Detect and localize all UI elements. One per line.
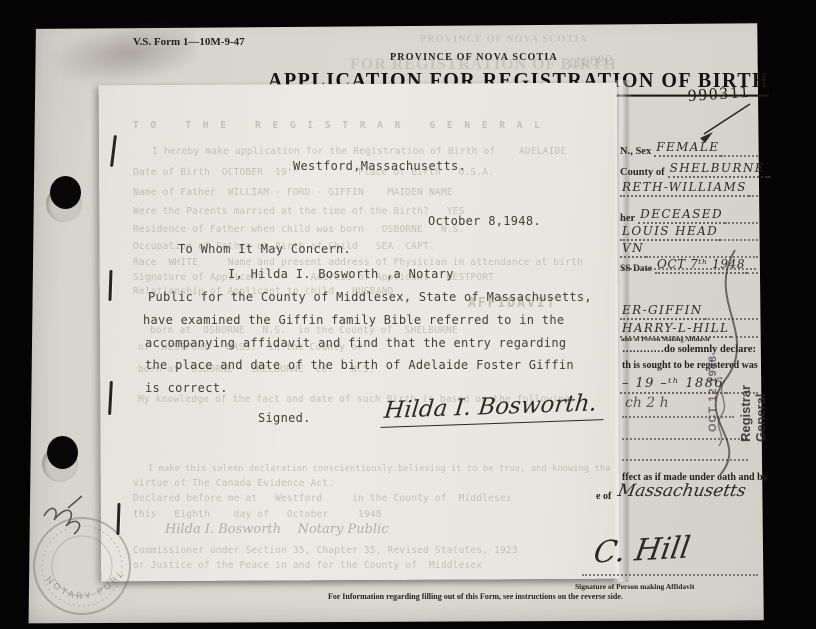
handwritten-fragment: ch 2 h [625, 395, 669, 411]
ghost-line: T O T H E R E G I S T R A R G E N E R A … [133, 120, 543, 131]
ghost-line: Commissioner under Section 35, Chapter 3… [133, 545, 518, 556]
field-deceased: her DECEASED [620, 207, 758, 224]
signature-label: Signature of Person making Affidavit [575, 582, 694, 591]
letter-place: Westford,Massachusetts. [293, 159, 466, 173]
ghost-line: Declared before me at Westford in the Co… [133, 493, 512, 504]
ghost-line: or Justice of the Peace in and for the C… [133, 560, 482, 571]
letter-body-line: the place and date of the birth of Adela… [145, 358, 574, 372]
letter-body-line: I, Hilda I. Bosworth ,a Notary [228, 267, 454, 281]
state-value: Massachusetts [616, 481, 747, 501]
form-number: V.S. Form 1—10M-9-47 [133, 36, 245, 48]
field-value: FEMALE [654, 140, 721, 157]
field-maiden-name: RETH-WILLIAMS [620, 180, 758, 197]
ghost-province: PROVINCE OF NOVA SCOTIA [420, 34, 588, 45]
pencil-scribble [38, 488, 108, 532]
letter-body-line: have examined the Giffin family Bible re… [143, 313, 564, 327]
letter-date: October 8,1948. [428, 214, 541, 228]
field-value: VN [620, 241, 646, 258]
letter-body-line: accompanying affidavit and find that the… [145, 336, 566, 350]
ghost-line: I make this solemn declaration conscient… [148, 464, 610, 474]
dotted-rule [749, 195, 758, 197]
ghost-line: Were the Parents married at the time of … [133, 206, 465, 217]
province-heading: PROVINCE OF NOVA SCOTIA [390, 52, 558, 63]
field-label: County of [620, 167, 668, 178]
field-value: RETH-WILLIAMS [620, 180, 749, 197]
ghost-line: virtue of The Canada Evidence Act. [133, 478, 334, 489]
ghost-province-text: PROVINCE OF NOVA SCOTIA [420, 34, 588, 45]
ghost-line: Residence of Father when child was born … [133, 224, 465, 235]
field-sex: N., Sex FEMALE [620, 140, 758, 157]
punch-hole [50, 176, 81, 209]
letter-signed-label: Signed. [258, 411, 311, 425]
field-place: LOUIS HEAD [620, 224, 758, 241]
affidavit-signature: C. Hill [591, 530, 692, 570]
field-label: her [620, 213, 638, 224]
ghost-line: Name of Father WILLIAM - FORD - GIFFIN M… [133, 187, 453, 198]
signature-rule [582, 574, 758, 576]
field-value: LOUIS HEAD [620, 224, 720, 241]
scanned-document: PROVINCE OF NOVA SCOTIA FOR REGISTRATION… [0, 0, 816, 629]
punch-hole [47, 436, 78, 469]
footer-note: For Information regarding filling out of… [328, 592, 623, 601]
field-county: County of SHELBURNE [620, 161, 758, 178]
field-value: SHELBURNE [668, 161, 767, 178]
ghost-line: I hereby make application for the Regist… [152, 146, 566, 157]
ghost-signature: Hilda I. Bosworth Notary Public [165, 522, 389, 537]
letter-salutation: To Whom It May Concern. [178, 242, 351, 256]
letter-body-line: is correct. [145, 381, 228, 395]
field-value: DECEASED [638, 207, 725, 224]
state-label: e of [596, 491, 611, 502]
stamp-flourish [665, 240, 775, 470]
field-label: N., Sex [620, 146, 654, 157]
ghost-line: this Eighth day of October 1948 [133, 509, 382, 520]
dotted-rule [767, 176, 771, 178]
letter-body-line: Public for the County of Middlesex, Stat… [148, 290, 592, 304]
dotted-rule [721, 155, 758, 157]
